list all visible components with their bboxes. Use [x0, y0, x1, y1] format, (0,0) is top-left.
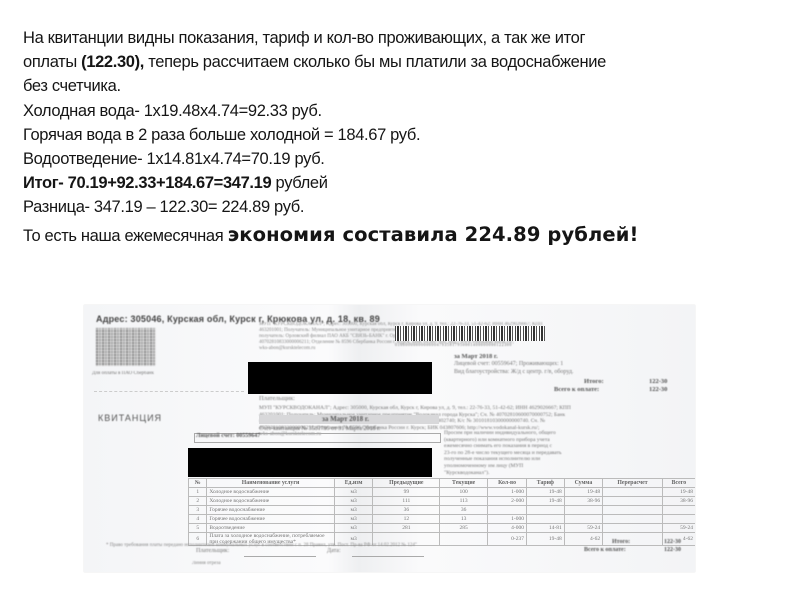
- table-row: 2Холодное водоснабжением31111132-00019-4…: [189, 497, 696, 506]
- itogo-label-top: Итого:: [584, 378, 604, 385]
- table-header-cell: Ед.изм: [334, 479, 373, 488]
- table-cell: м3: [334, 488, 373, 497]
- prosim-line: (квартирного) или комнатного прибора уче…: [444, 437, 562, 444]
- mup-line: МУП "КУРСКВОДОКАНАЛ"; Адрес: 305000, Кур…: [259, 405, 571, 412]
- barcode-digits: 0100000000000000479358179500014000000001…: [395, 342, 512, 347]
- redaction-block: [188, 448, 432, 477]
- table-cell: 2: [189, 497, 207, 506]
- itogo-value-top: 122-30: [649, 378, 667, 385]
- table-header-cell: №: [189, 479, 207, 488]
- table-cell: 19-48: [564, 488, 602, 497]
- services-table: №Наименование услугиЕд.измПредыдущиеТеку…: [188, 478, 695, 546]
- table-cell: 19-48: [527, 533, 565, 546]
- pravo-note: * Право требования платы передано исполн…: [106, 543, 417, 548]
- table-cell: 19-48: [527, 488, 565, 497]
- table-cell: 36: [373, 506, 440, 515]
- table-header-cell: Наименование услуги: [207, 479, 334, 488]
- paid-amount: (122.30),: [81, 53, 144, 71]
- difference-calc: Разница- 347.19 – 122.30= 224.89 руб.: [23, 195, 783, 219]
- line2-suffix: теперь рассчитаем сколько бы мы платили …: [144, 53, 606, 71]
- explanation-line-3: без счетчика.: [23, 74, 783, 98]
- table-row: 5Водоотведением32812854-00014-8159-2459-…: [189, 524, 696, 533]
- savings-highlight: экономия составила 224.89 рублей!: [228, 223, 639, 246]
- prosim-note: Просим при наличии индивидуального, обще…: [444, 430, 562, 476]
- prosim-line: 23-го по 28-е число текущего месяца и пе…: [444, 450, 562, 457]
- table-cell: 13: [440, 515, 488, 524]
- table-header-cell: Предыдущие: [373, 479, 440, 488]
- itogo-value-bottom: 122-30: [664, 539, 681, 545]
- table-cell: 1-000: [488, 515, 527, 524]
- month-top: за Март 2018 г.: [454, 353, 498, 360]
- table-cell: 111: [373, 497, 440, 506]
- sberbank-note: Для оплаты в ПАО Сбербанк: [92, 371, 154, 376]
- table-row: 3Горячее водоснабжением33636: [189, 506, 696, 515]
- vsego-label-bottom: Всего к оплате:: [584, 547, 626, 553]
- table-cell: м3: [334, 515, 373, 524]
- table-cell: 38-96: [662, 497, 695, 506]
- explanation-line-2: оплаты (122.30), теперь рассчитаем сколь…: [23, 50, 783, 74]
- qr-code-icon: [96, 328, 156, 366]
- table-cell: 4-62: [564, 533, 602, 546]
- conclusion: То есть наша ежемесячная экономия состав…: [23, 223, 783, 248]
- vid-top: Вид благоустройства: Ж/д с центр. г/в, о…: [454, 369, 574, 375]
- table-header-cell: Кол-во: [488, 479, 527, 488]
- platelshik-sign-label: Плательщик:: [196, 548, 229, 554]
- cut-line-label: Линия отреза: [192, 561, 221, 566]
- vsego-value-top: 122-30: [649, 386, 667, 393]
- table-cell: м3: [334, 506, 373, 515]
- table-cell: 285: [440, 524, 488, 533]
- prosim-line: уполномоченному им лицу (МУП: [444, 463, 562, 470]
- table-cell: 100: [440, 488, 488, 497]
- signature-line: [244, 556, 316, 557]
- table-cell: [527, 515, 565, 524]
- kvitancia-title: КВИТАНЦИЯ: [98, 413, 162, 423]
- hot-water-calc: Горячая вода в 2 раза больше холодной = …: [23, 123, 783, 147]
- barcode-icon: [395, 326, 545, 341]
- table-cell: [440, 533, 488, 546]
- cold-water-calc: Холодная вода- 1х19.48х4.74=92.33 руб.: [23, 99, 783, 123]
- licevoy-mid: Лицевой счет: 00559647: [196, 433, 260, 439]
- explanation-line-1: На квитанции видны показания, тариф и ко…: [23, 26, 783, 50]
- divider: [94, 391, 244, 393]
- platelshik-mid: Плательщик:: [259, 395, 295, 402]
- table-cell: [488, 506, 527, 515]
- table-cell: 0-237: [488, 533, 527, 546]
- table-cell: Холодное водоснабжение: [207, 497, 334, 506]
- table-cell: [527, 506, 565, 515]
- table-cell: 1: [189, 488, 207, 497]
- date-label: Дата:: [327, 548, 341, 554]
- table-cell: Горячее водоснабжение: [207, 515, 334, 524]
- table-header-row: №Наименование услугиЕд.измПредыдущиеТеку…: [189, 479, 696, 488]
- total-calc: Итог- 70.19+92.33+184.67=347.19 рублей: [23, 171, 783, 195]
- prosim-line: Просим при наличии индивидуального, обще…: [444, 430, 562, 437]
- vsego-label-top: Всего к оплате:: [554, 386, 599, 393]
- table-cell: Водоотведение: [207, 524, 334, 533]
- table-cell: 19-48: [662, 488, 695, 497]
- table-cell: 2-000: [488, 497, 527, 506]
- table-header-cell: Всего: [662, 479, 695, 488]
- receipt-scan: Адрес: 305046, Курская обл, Курск г, Крю…: [84, 305, 695, 572]
- conclusion-prefix: То есть наша ежемесячная: [23, 227, 228, 245]
- total-formula: Итог- 70.19+92.33+184.67=347.19: [23, 174, 271, 192]
- table-cell: м3: [334, 497, 373, 506]
- date-line: [352, 556, 424, 557]
- table-cell: 59-24: [662, 524, 695, 533]
- table-header-cell: Сумма: [564, 479, 602, 488]
- line2-prefix: оплаты: [23, 53, 81, 71]
- table-header-cell: Тариф: [527, 479, 565, 488]
- total-unit: рублей: [271, 174, 327, 192]
- drainage-calc: Водоотведение- 1х14.81х4.74=70.19 руб.: [23, 147, 783, 171]
- table-cell: [603, 524, 663, 533]
- prosim-line: "Курскводоканал").: [444, 470, 562, 477]
- table-cell: 281: [373, 524, 440, 533]
- vsego-value-bottom: 122-30: [664, 547, 681, 553]
- table-cell: 36: [440, 506, 488, 515]
- table-cell: [662, 506, 695, 515]
- prosim-line: полученные показания исполнителю или: [444, 456, 562, 463]
- table-cell: 3: [189, 506, 207, 515]
- table-row: 4Горячее водоснабжением312131-000: [189, 515, 696, 524]
- table-header-cell: Перерасчет: [603, 479, 663, 488]
- table-cell: [564, 506, 602, 515]
- table-row: 1Холодное водоснабжением3991001-00019-48…: [189, 488, 696, 497]
- table-cell: 113: [440, 497, 488, 506]
- table-cell: 4-000: [488, 524, 527, 533]
- table-cell: [603, 506, 663, 515]
- table-cell: [662, 515, 695, 524]
- table-cell: Холодное водоснабжение: [207, 488, 334, 497]
- redaction-block: [248, 362, 432, 394]
- table-cell: [603, 497, 663, 506]
- table-cell: [564, 515, 602, 524]
- table-cell: 99: [373, 488, 440, 497]
- table-cell: 19-48: [527, 497, 565, 506]
- table-cell: 14-81: [527, 524, 565, 533]
- table-cell: 38-96: [564, 497, 602, 506]
- table-cell: м3: [334, 524, 373, 533]
- itogo-label-bottom: Итого:: [612, 539, 630, 545]
- licevoy-top: Лицевой счет: 00559647; Проживающих: 1: [454, 361, 563, 367]
- prosim-line: ежемесячно снимать его показания в перио…: [444, 443, 562, 450]
- table-cell: 12: [373, 515, 440, 524]
- table-cell: 5: [189, 524, 207, 533]
- table-cell: [603, 488, 663, 497]
- table-cell: [603, 515, 663, 524]
- table-cell: 4: [189, 515, 207, 524]
- table-cell: Горячее водоснабжение: [207, 506, 334, 515]
- schet-mid: Счет-квитанция № 3581795 от 31 Марта 201…: [259, 426, 380, 432]
- table-cell: 59-24: [564, 524, 602, 533]
- month-mid: за Март 2018 г.: [322, 415, 369, 423]
- table-cell: 1-000: [488, 488, 527, 497]
- explanation-text: На квитанции видны показания, тариф и ко…: [23, 26, 783, 248]
- table-header-cell: Текущие: [440, 479, 488, 488]
